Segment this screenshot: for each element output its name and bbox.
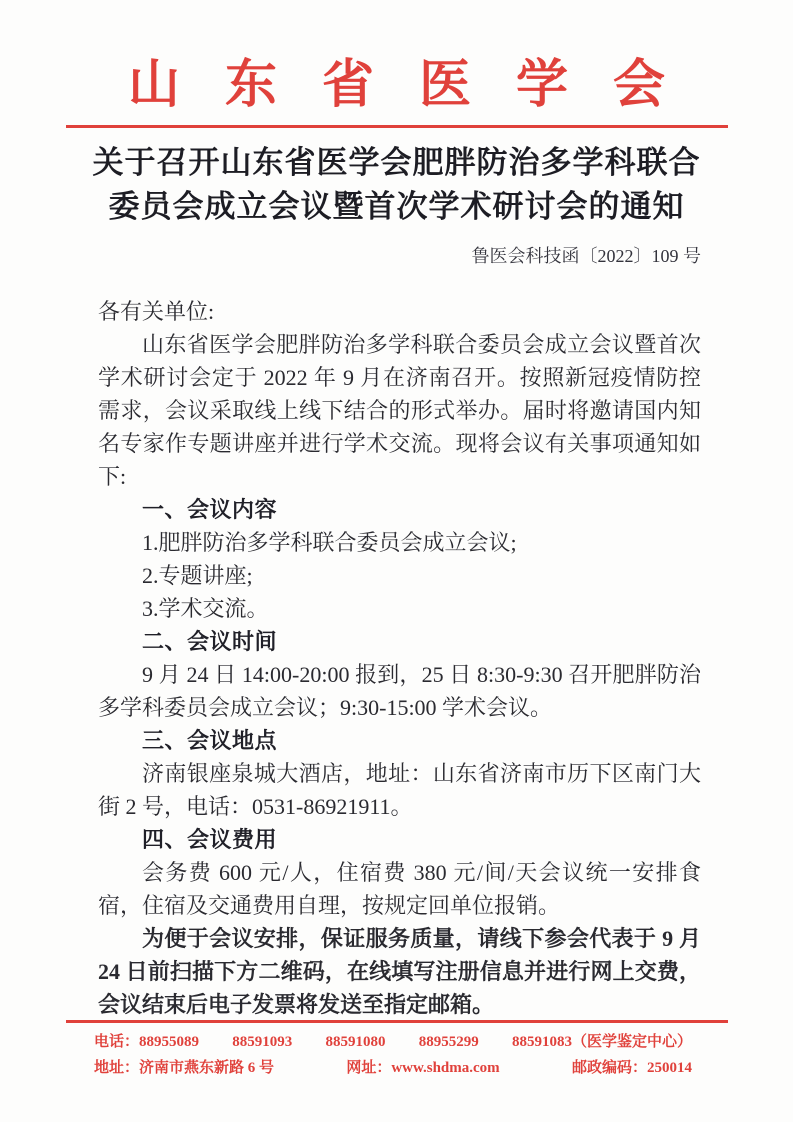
content-item-2: 2.专题讲座; bbox=[98, 559, 701, 592]
footer-website: 网址：www.shdma.com bbox=[346, 1055, 499, 1081]
content-item-1: 1.肥胖防治多学科联合委员会成立会议; bbox=[98, 526, 701, 559]
doc-title-line1: 关于召开山东省医学会肥胖防治多学科联合 bbox=[0, 141, 793, 185]
section-heading-fee: 四、会议费用 bbox=[98, 823, 701, 856]
section-heading-location: 三、会议地点 bbox=[98, 724, 701, 757]
fee-paragraph: 会务费 600 元/人，住宿费 380 元/间/天会议统一安排食宿，住宿及交通费… bbox=[98, 856, 701, 922]
footer-phone-5: 88591083（医学鉴定中心） bbox=[512, 1029, 692, 1055]
document-page: 山东省医学会 关于召开山东省医学会肥胖防治多学科联合 委员会成立会议暨首次学术研… bbox=[0, 0, 793, 1122]
intro-paragraph: 山东省医学会肥胖防治多学科联合委员会成立会议暨首次学术研讨会定于 2022 年 … bbox=[98, 328, 701, 493]
footer: 电话：88955089 88591093 88591080 88955299 8… bbox=[66, 1020, 728, 1081]
doc-body: 各有关单位: 山东省医学会肥胖防治多学科联合委员会成立会议暨首次学术研讨会定于 … bbox=[98, 295, 701, 1021]
footer-phone-4: 88955299 bbox=[419, 1029, 479, 1055]
footer-phones-row: 电话：88955089 88591093 88591080 88955299 8… bbox=[66, 1029, 728, 1055]
footer-phone-2: 88591093 bbox=[232, 1029, 292, 1055]
header-divider bbox=[66, 125, 728, 128]
section-heading-content: 一、会议内容 bbox=[98, 493, 701, 526]
footer-postcode: 邮政编码：250014 bbox=[572, 1055, 692, 1081]
salutation: 各有关单位: bbox=[98, 295, 701, 328]
section-heading-time: 二、会议时间 bbox=[98, 625, 701, 658]
doc-title: 关于召开山东省医学会肥胖防治多学科联合 委员会成立会议暨首次学术研讨会的通知 bbox=[0, 141, 793, 229]
footer-phone-label-and-first: 电话：88955089 bbox=[94, 1029, 199, 1055]
time-paragraph: 9 月 24 日 14:00-20:00 报到，25 日 8:30-9:30 召… bbox=[98, 658, 701, 724]
content-item-3: 3.学术交流。 bbox=[98, 592, 701, 625]
footer-address-row: 地址：济南市燕东新路 6 号 网址：www.shdma.com 邮政编码：250… bbox=[66, 1055, 728, 1081]
footer-phone-3: 88591080 bbox=[325, 1029, 385, 1055]
footer-address: 地址：济南市燕东新路 6 号 bbox=[94, 1055, 274, 1081]
closing-paragraph: 为便于会议安排，保证服务质量，请线下参会代表于 9 月 24 日前扫描下方二维码… bbox=[98, 922, 701, 1021]
org-name: 山东省医学会 bbox=[0, 56, 793, 116]
location-paragraph: 济南银座泉城大酒店，地址：山东省济南市历下区南门大街 2 号，电话：0531-8… bbox=[98, 757, 701, 823]
doc-title-line2: 委员会成立会议暨首次学术研讨会的通知 bbox=[0, 185, 793, 229]
doc-number: 鲁医会科技函〔2022〕109 号 bbox=[0, 242, 793, 268]
